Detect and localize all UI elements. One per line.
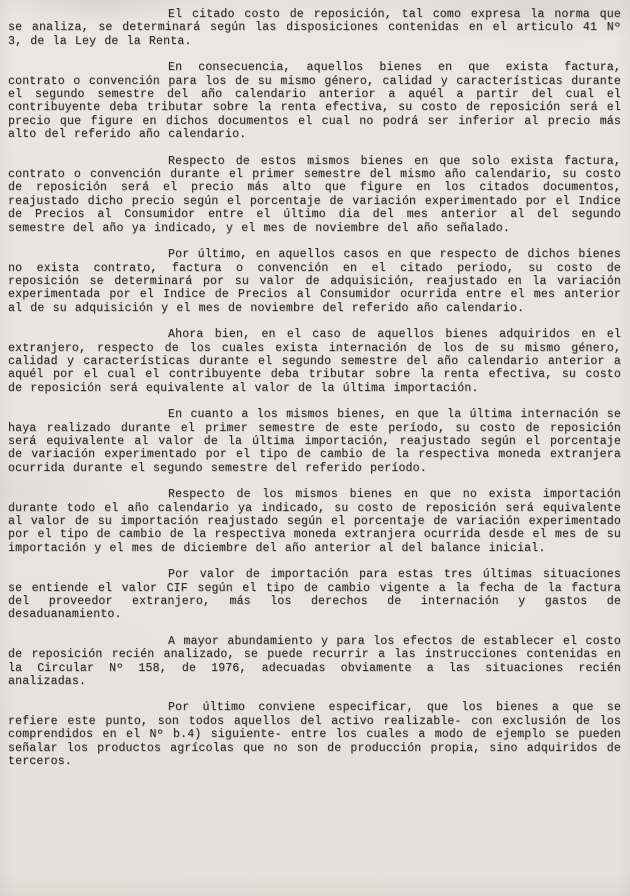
paragraph-bienes-segundo-semestre: En consecuencia, aquellos bienes en que …: [8, 61, 621, 141]
paragraph-circular-158: A mayor abundamiento y para los efectos …: [8, 635, 621, 689]
paragraph-sin-contrato-factura: Por último, en aquellos casos en que res…: [8, 248, 621, 315]
paragraph-activo-realizable: Por último conviene especificar, que los…: [8, 701, 621, 768]
paragraph-bienes-extranjero: Ahora bien, en el caso de aquellos biene…: [8, 328, 621, 395]
paragraph-sin-importacion: Respecto de los mismos bienes en que no …: [8, 488, 621, 555]
paragraph-ultima-internacion: En cuanto a los mismos bienes, en que la…: [8, 408, 621, 475]
document-page: El citado costo de reposición, tal como …: [0, 0, 630, 896]
paragraph-costo-reposicion-norma: El citado costo de reposición, tal como …: [8, 8, 621, 48]
paragraph-valor-importacion-cif: Por valor de importación para estas tres…: [8, 568, 621, 622]
document-text-block: El citado costo de reposición, tal como …: [8, 8, 621, 769]
paragraph-bienes-primer-semestre: Respecto de estos mismos bienes en que s…: [8, 155, 621, 235]
